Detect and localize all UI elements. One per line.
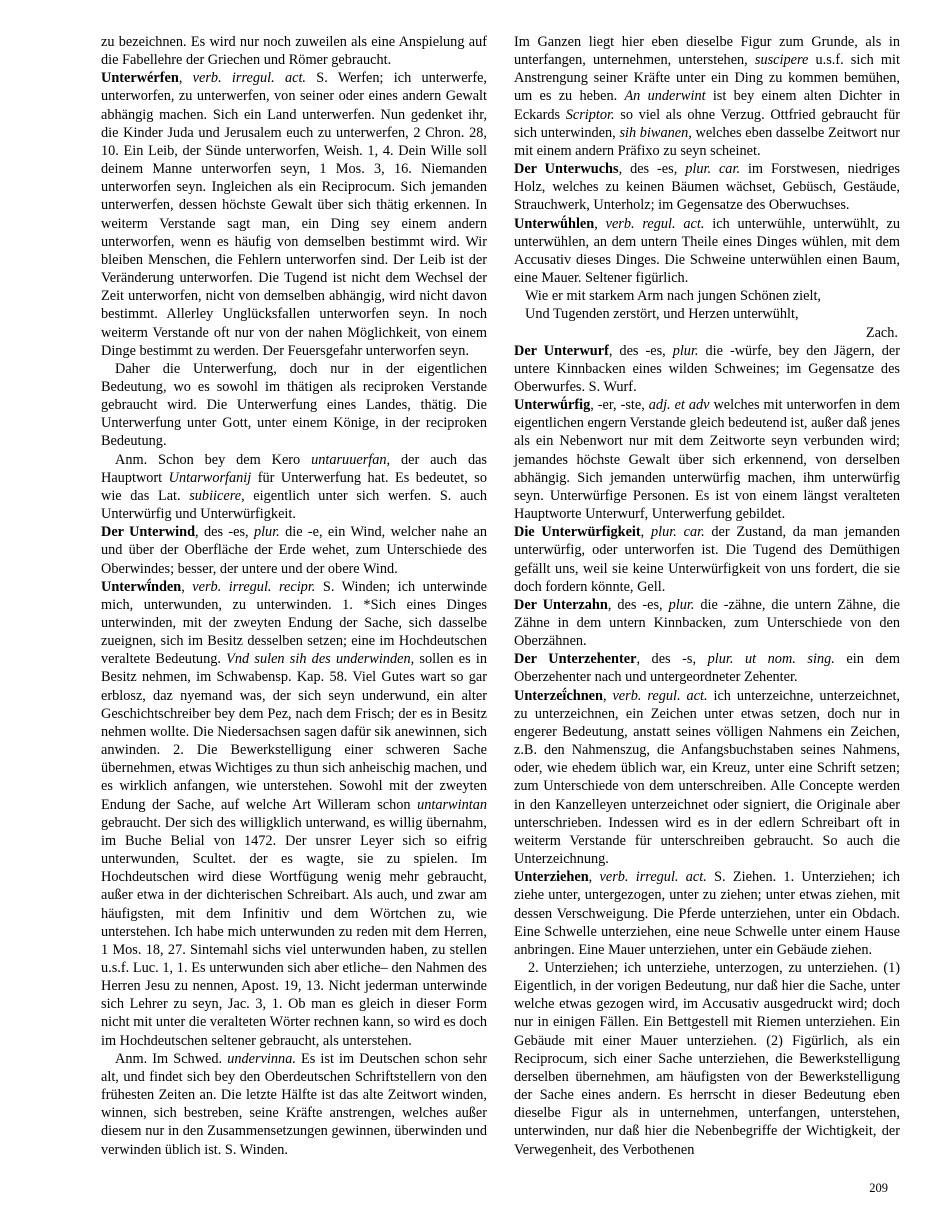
paragraph-anmerkung: Anm. Schon bey dem Kero untaruuerfan, de… — [101, 451, 487, 524]
text-run: welches mit unterworfen in dem eigentlic… — [514, 397, 900, 522]
italic-text: untaruuerfan, — [311, 452, 390, 468]
dictionary-entry-unterziehen: Unterziehen, verb. irregul. act. S. Zieh… — [514, 868, 900, 959]
dictionary-page: zu bezeichnen. Es wird nur noch zuweilen… — [0, 0, 935, 1210]
italic-text: plur. — [669, 597, 695, 613]
dictionary-entry-unterzehenter: Der Unterzehenter, des -s, plur. ut nom.… — [514, 650, 900, 686]
text-run: , des -es, — [608, 597, 669, 613]
text-run: , — [594, 216, 605, 232]
text-run: sollen es in Besitz nehmen, im Schwabens… — [101, 651, 487, 812]
paragraph-unterziehen-2: 2. Unterziehen; ich unterziehe, unterzog… — [514, 959, 900, 1159]
two-column-text: zu bezeichnen. Es wird nur noch zuweilen… — [101, 33, 900, 1159]
headword: Der Unterwind — [101, 524, 195, 540]
dictionary-entry-unterwerfen: Unterwérfen, verb. irregul. act. S. Werf… — [101, 69, 487, 360]
headword: Der Unterwuchs — [514, 161, 619, 177]
text-run: Anm. Schon bey dem Kero — [115, 452, 311, 468]
text-run: , des -es, — [609, 343, 673, 359]
italic-text: Untarworfanij — [169, 470, 252, 486]
page-number: 209 — [869, 1181, 888, 1196]
text-run: , des -s, — [636, 651, 707, 667]
dictionary-entry-unterwuchs: Der Unterwuchs, des -es, plur. car. im F… — [514, 160, 900, 214]
text-run: Daher die Unterwerfung, doch nur in der … — [101, 361, 487, 450]
headword: Unterwǘhlen — [514, 216, 594, 232]
italic-text: verb. regul. act. — [612, 688, 707, 704]
text-run: Anm. Im Schwed. — [115, 1051, 227, 1067]
headword: Unterziehen — [514, 869, 589, 885]
italic-text: Vnd sulen sih des underwinden, — [226, 651, 414, 667]
text-run: , -er, -ste, — [590, 397, 649, 413]
verse-line: Und Tugenden zerstört, und Herzen unterw… — [514, 305, 900, 323]
headword: Unterwǘrfig — [514, 397, 590, 413]
headword: Unterwérfen — [101, 70, 179, 86]
paragraph-anmerkung: Anm. Im Schwed. undervinna. Es ist im De… — [101, 1050, 487, 1159]
text-run: , des -es, — [619, 161, 686, 177]
paragraph-daher: Daher die Unterwerfung, doch nur in der … — [101, 360, 487, 451]
text-run: gebraucht. Der sich des willigklich unte… — [101, 815, 487, 1049]
text-run: , — [179, 70, 193, 86]
italic-text: plur. car. — [685, 161, 740, 177]
italic-text: sih biwanen, — [619, 125, 691, 141]
italic-text: subiicere, — [189, 488, 244, 504]
text-run: , — [589, 869, 600, 885]
italic-text: verb. regul. act. — [606, 216, 705, 232]
text-run: , des -es, — [195, 524, 254, 540]
italic-text: verb. irregul. recipr. — [192, 579, 315, 595]
dictionary-entry-unterwind: Der Unterwind, des -es, plur. die -e, ei… — [101, 523, 487, 577]
dictionary-entry-unterwurf: Der Unterwurf, des -es, plur. die -würfe… — [514, 342, 900, 396]
italic-text: plur. — [254, 524, 280, 540]
verse-line: Wie er mit starkem Arm nach jungen Schön… — [514, 287, 900, 305]
italic-text: An underwint — [624, 88, 705, 104]
dictionary-entry-unterwuerfig: Unterwǘrfig, -er, -ste, adj. et adv welc… — [514, 396, 900, 523]
italic-text: verb. irregul. act. — [600, 869, 707, 885]
dictionary-entry-unterzeichnen: Unterzeḯchnen, verb. regul. act. ich unt… — [514, 687, 900, 869]
headword: Der Unterzehenter — [514, 651, 636, 667]
text-run: S. Werfen; ich unterwerfe, unterworfen, … — [101, 70, 487, 358]
headword: Unterzeḯchnen — [514, 688, 603, 704]
italic-text: verb. irregul. act. — [193, 70, 306, 86]
text-run: zu bezeichnen. Es wird nur noch zuweilen… — [101, 34, 487, 68]
text-run: , — [641, 524, 651, 540]
italic-text: plur. car. — [651, 524, 705, 540]
italic-text: adj. et adv — [649, 397, 710, 413]
dictionary-entry-unterwinden: Unterwḯnden, verb. irregul. recipr. S. W… — [101, 578, 487, 1050]
headword: Der Unterwurf — [514, 343, 609, 359]
italic-text: undervinna. — [227, 1051, 296, 1067]
dictionary-entry-unterwuehlen: Unterwǘhlen, verb. regul. act. ich unter… — [514, 215, 900, 288]
text-run: ich unterzeichne, unterzeichnet, zu unte… — [514, 688, 900, 867]
left-column: zu bezeichnen. Es wird nur noch zuweilen… — [101, 33, 487, 1159]
text-run: 2. Unterziehen; ich unterziehe, unterzog… — [514, 960, 900, 1158]
right-column: Im Ganzen liegt hier eben dieselbe Figur… — [514, 33, 900, 1159]
italic-text: plur. — [673, 343, 699, 359]
continuation-paragraph: Im Ganzen liegt hier eben dieselbe Figur… — [514, 33, 900, 160]
italic-text: untarwintan — [417, 797, 487, 813]
italic-text: suscipere — [755, 52, 808, 68]
verse-attribution: Zach. — [514, 324, 900, 342]
italic-text: Scriptor. — [566, 107, 615, 123]
continuation-paragraph: zu bezeichnen. Es wird nur noch zuweilen… — [101, 33, 487, 69]
dictionary-entry-unterwuerfigkeit: Die Unterwürfigkeit, plur. car. der Zust… — [514, 523, 900, 596]
headword: Der Unterzahn — [514, 597, 608, 613]
italic-text: plur. ut nom. sing. — [708, 651, 835, 667]
headword: Die Unterwürfigkeit — [514, 524, 641, 540]
dictionary-entry-unterzahn: Der Unterzahn, des -es, plur. die -zähne… — [514, 596, 900, 650]
text-run: , — [181, 579, 192, 595]
headword: Unterwḯnden — [101, 579, 181, 595]
